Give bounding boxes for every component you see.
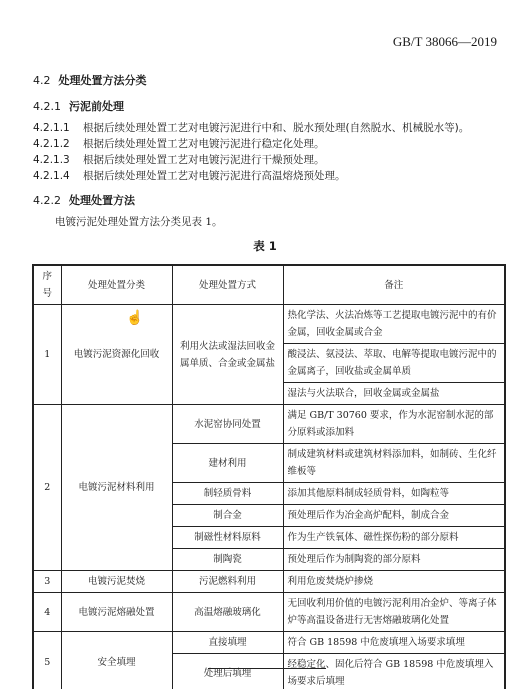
- section-4-2-2-heading: 4.2.2处理处置方法: [33, 192, 135, 208]
- clause-4-2-1-4: 4.2.1.4根据后续处理处置工艺对电镀污泥进行高温熔烧预处理。: [33, 168, 346, 183]
- header-method: 处理处置方式: [172, 265, 283, 305]
- section-4-2-1-heading: 4.2.1污泥前处理: [33, 98, 124, 114]
- clause-4-2-1-1: 4.2.1.1根据后续处理处置工艺对电镀污泥进行中和、脱水预处理(自然脱水、机械…: [33, 120, 469, 135]
- header-notes: 备注: [283, 265, 505, 305]
- intro-text: 电镀污泥处理处置方法分类见表 1。: [55, 214, 223, 229]
- table-caption: 表 1: [0, 238, 530, 254]
- hand-cursor-icon: ☝: [126, 310, 143, 326]
- table-row: 3 电镀污泥焚烧 污泥燃料利用 利用危废焚烧炉掺烧: [33, 571, 505, 593]
- section-4-2-heading: 4.2处理处置方法分类: [33, 72, 147, 88]
- header-no: 序号: [33, 265, 61, 305]
- clause-4-2-1-3: 4.2.1.3根据后续处理处置工艺对电镀污泥进行干燥预处理。: [33, 152, 325, 167]
- header-category: 处理处置分类: [61, 265, 172, 305]
- end-rule: [208, 668, 326, 669]
- standard-number: GB/T 38066—2019: [393, 34, 497, 50]
- classification-table: 序号 处理处置分类 处理处置方式 备注 1 电镀污泥资源化回收 利用火法或湿法回…: [32, 264, 506, 689]
- table-row: 4 电镀污泥熔融处置 高温熔融玻璃化 无回收利用价值的电镀污泥利用冶金炉、等离子…: [33, 593, 505, 632]
- table-row: 2 电镀污泥材料利用 水泥窑协同处置 满足 GB/T 30760 要求，作为水泥…: [33, 405, 505, 444]
- table-row: 5 安全填埋 直接填埋 符合 GB 18598 中危废填埋入场要求填埋: [33, 632, 505, 654]
- table-row: 1 电镀污泥资源化回收 利用火法或湿法回收金属单质、合金或金属盐 热化学法、火法…: [33, 305, 505, 344]
- table-header-row: 序号 处理处置分类 处理处置方式 备注: [33, 265, 505, 305]
- clause-4-2-1-2: 4.2.1.2根据后续处理处置工艺对电镀污泥进行稳定化处理。: [33, 136, 325, 151]
